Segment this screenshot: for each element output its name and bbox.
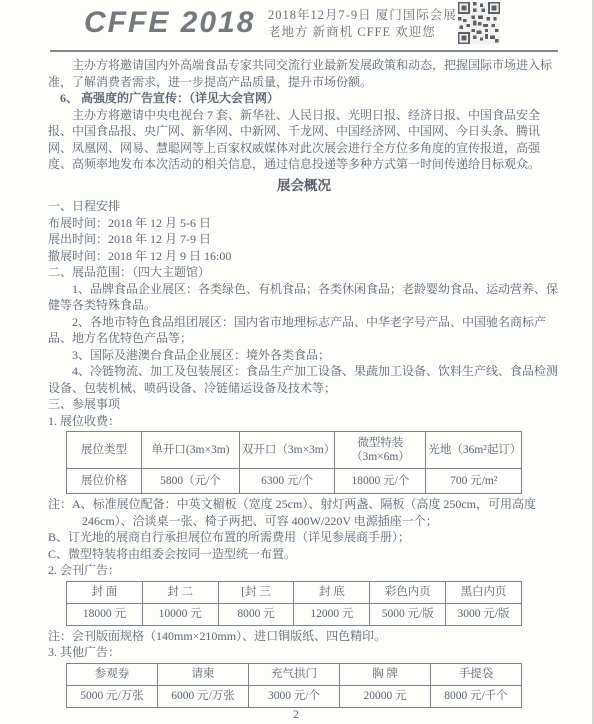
table-cell: 展位价格 bbox=[67, 469, 142, 494]
table-cell: 6000 元/万张 bbox=[158, 685, 249, 707]
table-cell: 5000 元/万张 bbox=[67, 685, 158, 707]
intro-paragraph-1: 主办方将邀请国内外高端食品专家共同交流行业最新发展政策和动态，把握国际市场进入标… bbox=[48, 57, 560, 90]
scope-item: 2、各地市特色食品组团展区：国内省市地理标志产品、中华老字号产品、中国驰名商标产… bbox=[48, 314, 560, 347]
section-scope-heading: 二、展品范围：（四大主题馆） bbox=[48, 264, 560, 281]
table-header-row: 参观券 请柬 充气拱门 胸 牌 手提袋 bbox=[67, 663, 522, 685]
scope-item: 3、国际及港澳台食品企业展区：境外各类食品； bbox=[48, 347, 560, 364]
table-header-cell: 光地（36m²起订） bbox=[426, 432, 522, 469]
table-cell: 3000 元/版 bbox=[446, 603, 522, 625]
table-header-cell: 封 二 bbox=[142, 581, 218, 603]
other-ad-subheading: 3. 其他广告： bbox=[48, 644, 560, 661]
scope-item: 4、冷链物流、加工及包装展区：食品生产加工设备、果蔬加工设备、饮料生产线、食品检… bbox=[48, 363, 560, 396]
table-header-cell: 微型特装（3m×6m） bbox=[335, 432, 426, 469]
header-date-venue: 2018年12月7-9日 厦门国际会展中心 bbox=[268, 7, 484, 24]
table-cell: 700 元/m² bbox=[426, 469, 522, 494]
schedule-line: 展出时间：2018 年 12 月 7-9 日 bbox=[48, 231, 560, 248]
table-cell: 8000 元/千个 bbox=[431, 685, 522, 707]
item-6-heading: 6、 高强度的广告宣传：（详见大会官网） bbox=[48, 90, 560, 107]
table-header-row: 封 面 封 二 [封 三 封 底 彩色内页 黑白内页 bbox=[67, 581, 522, 603]
booth-note-b: B、订光地的展商自行承担展位布置的所需费用（详见参展商手册）； bbox=[48, 529, 560, 546]
table-cell: 8000 元 bbox=[218, 603, 294, 625]
table-header-cell: 胸 牌 bbox=[340, 663, 431, 685]
journal-ad-table: 封 面 封 二 [封 三 封 底 彩色内页 黑白内页 18000 元 10000… bbox=[66, 581, 522, 626]
table-cell: 5000 元/版 bbox=[370, 603, 446, 625]
table-header-cell: 展位类型 bbox=[67, 432, 142, 469]
event-logo: CFFE 2018 bbox=[84, 6, 255, 40]
table-cell: 18000 元/个 bbox=[335, 469, 426, 494]
table-cell: 3000 元/个 bbox=[249, 685, 340, 707]
table-row: 18000 元 10000 元 8000 元 12000 元 5000 元/版 … bbox=[67, 603, 522, 625]
header-slogan: 老地方 新商机 CFFE 欢迎您 bbox=[268, 24, 484, 41]
section-schedule-heading: 一、日程安排 bbox=[48, 198, 560, 215]
table-cell: 6300 元/个 bbox=[239, 469, 335, 494]
header-divider bbox=[50, 50, 558, 52]
other-ad-table: 参观券 请柬 充气拱门 胸 牌 手提袋 5000 元/万张 6000 元/万张 … bbox=[66, 663, 522, 708]
table-row: 展位价格 5800（元/个 6300 元/个 18000 元/个 700 元/m… bbox=[67, 469, 522, 494]
table-header-cell: [封 三 bbox=[218, 581, 294, 603]
page-header: CFFE 2018 2018年12月7-9日 厦门国际会展中心 老地方 新商机 … bbox=[0, 0, 592, 48]
intro-paragraph-2: 主办方将邀请中央电视台 7 套、新华社、人民日报、光明日报、经济日报、中国食品安… bbox=[48, 107, 560, 173]
page-title: 展会概况 bbox=[48, 178, 560, 195]
document-body: 主办方将邀请国内外高端食品专家共同交流行业最新发展政策和动态，把握国际市场进入标… bbox=[48, 57, 560, 708]
journal-note: 注：会刊版面规格（140mm×210mm）、进口铜版纸、四色精印。 bbox=[48, 628, 560, 645]
schedule-line: 撤展时间：2018 年 12 月 9 日 16:00 bbox=[48, 248, 560, 265]
journal-ad-subheading: 2. 会刊广告： bbox=[48, 562, 560, 579]
table-row: 5000 元/万张 6000 元/万张 3000 元/个 20000 元 800… bbox=[67, 685, 522, 707]
table-header-cell: 双开口（3m×3m） bbox=[239, 432, 335, 469]
document-page: CFFE 2018 2018年12月7-9日 厦门国际会展中心 老地方 新商机 … bbox=[0, 0, 594, 724]
header-info: 2018年12月7-9日 厦门国际会展中心 老地方 新商机 CFFE 欢迎您 bbox=[268, 7, 484, 41]
table-header-cell: 黑白内页 bbox=[446, 581, 522, 603]
section-participation-heading: 三、参展事项 bbox=[48, 396, 560, 413]
schedule-line: 布展时间：2018 年 12 月 5-6 日 bbox=[48, 215, 560, 232]
table-cell: 10000 元 bbox=[142, 603, 218, 625]
qr-code-icon bbox=[455, 2, 503, 44]
table-header-cell: 充气拱门 bbox=[249, 663, 340, 685]
table-cell: 12000 元 bbox=[294, 603, 370, 625]
table-header-cell: 封 面 bbox=[67, 581, 143, 603]
table-cell: 20000 元 bbox=[340, 685, 431, 707]
booth-fee-subheading: 1. 展位收费： bbox=[48, 413, 560, 430]
table-header-cell: 手提袋 bbox=[431, 663, 522, 685]
page-number: 2 bbox=[0, 707, 592, 722]
booth-fee-table: 展位类型 单开口(3m×3m) 双开口（3m×3m） 微型特装（3m×6m） 光… bbox=[66, 431, 522, 494]
scope-item: 1、品牌食品企业展区：各类绿色、有机食品；各类休闲食品；老龄婴幼食品、运动营养、… bbox=[48, 281, 560, 314]
table-header-cell: 单开口(3m×3m) bbox=[142, 432, 240, 469]
table-cell: 18000 元 bbox=[67, 603, 143, 625]
table-header-cell: 封 底 bbox=[294, 581, 370, 603]
table-cell: 5800（元/个 bbox=[142, 469, 240, 494]
table-header-cell: 参观券 bbox=[67, 663, 158, 685]
table-header-row: 展位类型 单开口(3m×3m) 双开口（3m×3m） 微型特装（3m×6m） 光… bbox=[67, 432, 522, 469]
booth-note-c: C、微型特装将由组委会按同一造型统一布置。 bbox=[48, 546, 560, 563]
table-header-cell: 请柬 bbox=[158, 663, 249, 685]
table-header-cell: 彩色内页 bbox=[370, 581, 446, 603]
booth-note-a: 注：A、标准展位配备：中英文楣板（宽度 25cm）、射灯两盏、隔板（高度 250… bbox=[48, 496, 560, 529]
